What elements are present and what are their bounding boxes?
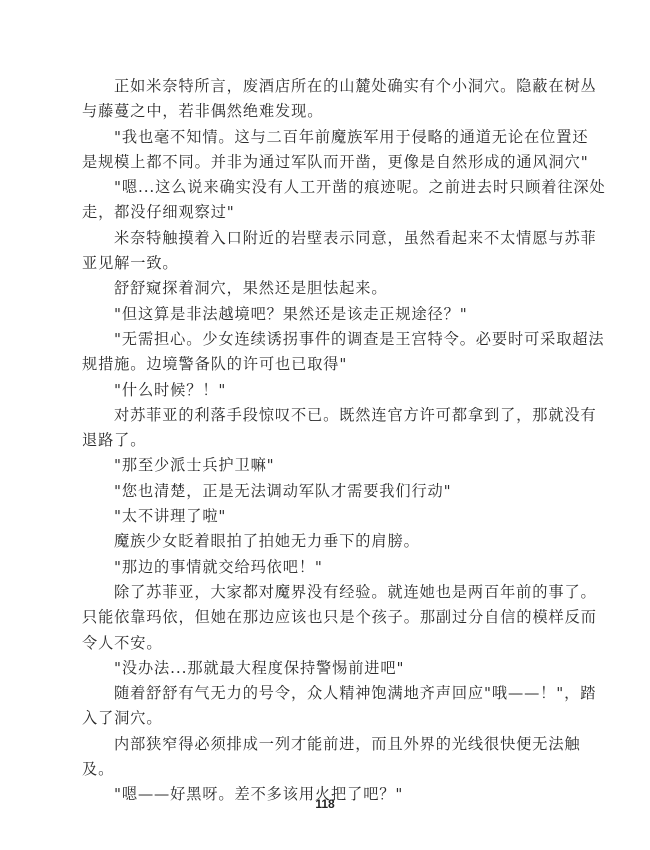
text-line: "那边的事情就交给玛依吧！": [82, 555, 564, 580]
text-line: 令人不安。: [82, 631, 564, 656]
document-page: 正如米奈特所言，废酒店所在的山麓处确实有个小洞穴。隐蔽在树丛 与藤蔓之中，若非偶…: [0, 0, 650, 850]
text-line: 是规模上都不同。并非为通过军队而开凿，更像是自然形成的通风洞穴": [82, 150, 564, 175]
text-line: "太不讲理了啦": [82, 504, 564, 529]
text-line: "没办法...那就最大程度保持警惕前进吧": [82, 656, 564, 681]
text-line: 只能依靠玛依，但她在那边应该也只是个孩子。那副过分自信的模样反而: [82, 605, 564, 630]
text-line: 内部狭窄得必须排成一列才能前进，而且外界的光线很快便无法触: [82, 732, 564, 757]
text-line: 规措施。边境警备队的许可也已取得": [82, 352, 564, 377]
text-line: "无需担心。少女连续诱拐事件的调查是王宫特令。必要时可采取超法: [82, 327, 564, 352]
text-line: "那至少派士兵护卫嘛": [82, 453, 564, 478]
text-line: 舒舒窥探着洞穴，果然还是胆怯起来。: [82, 276, 564, 301]
text-line: "我也毫不知情。这与二百年前魔族军用于侵略的通道无论在位置还: [82, 125, 564, 150]
page-number: 118: [0, 797, 650, 811]
text-line: "您也清楚，正是无法调动军队才需要我们行动": [82, 479, 564, 504]
text-line: 走，都没仔细观察过": [82, 200, 564, 225]
text-line: "但这算是非法越境吧？果然还是该走正规途径？": [82, 302, 564, 327]
text-line: 与藤蔓之中，若非偶然绝难发现。: [82, 99, 564, 124]
text-line: 退路了。: [82, 428, 564, 453]
text-line: 及。: [82, 757, 564, 782]
text-line: 魔族少女眨着眼拍了拍她无力垂下的肩膀。: [82, 529, 564, 554]
text-line: "什么时候？！": [82, 378, 564, 403]
text-line: 对苏菲亚的利落手段惊叹不已。既然连官方许可都拿到了，那就没有: [82, 403, 564, 428]
text-line: 正如米奈特所言，废酒店所在的山麓处确实有个小洞穴。隐蔽在树丛: [82, 74, 564, 99]
text-line: 亚见解一致。: [82, 251, 564, 276]
text-line: 除了苏菲亚，大家都对魔界没有经验。就连她也是两百年前的事了。: [82, 580, 564, 605]
text-line: "嗯...这么说来确实没有人工开凿的痕迹呢。之前进去时只顾着往深处: [82, 175, 564, 200]
text-line: 随着舒舒有气无力的号令，众人精神饱满地齐声回应"哦——！"，踏: [82, 681, 564, 706]
body-text: 正如米奈特所言，废酒店所在的山麓处确实有个小洞穴。隐蔽在树丛 与藤蔓之中，若非偶…: [82, 74, 564, 808]
text-line: 入了洞穴。: [82, 706, 564, 731]
text-line: 米奈特触摸着入口附近的岩壁表示同意，虽然看起来不太情愿与苏菲: [82, 226, 564, 251]
